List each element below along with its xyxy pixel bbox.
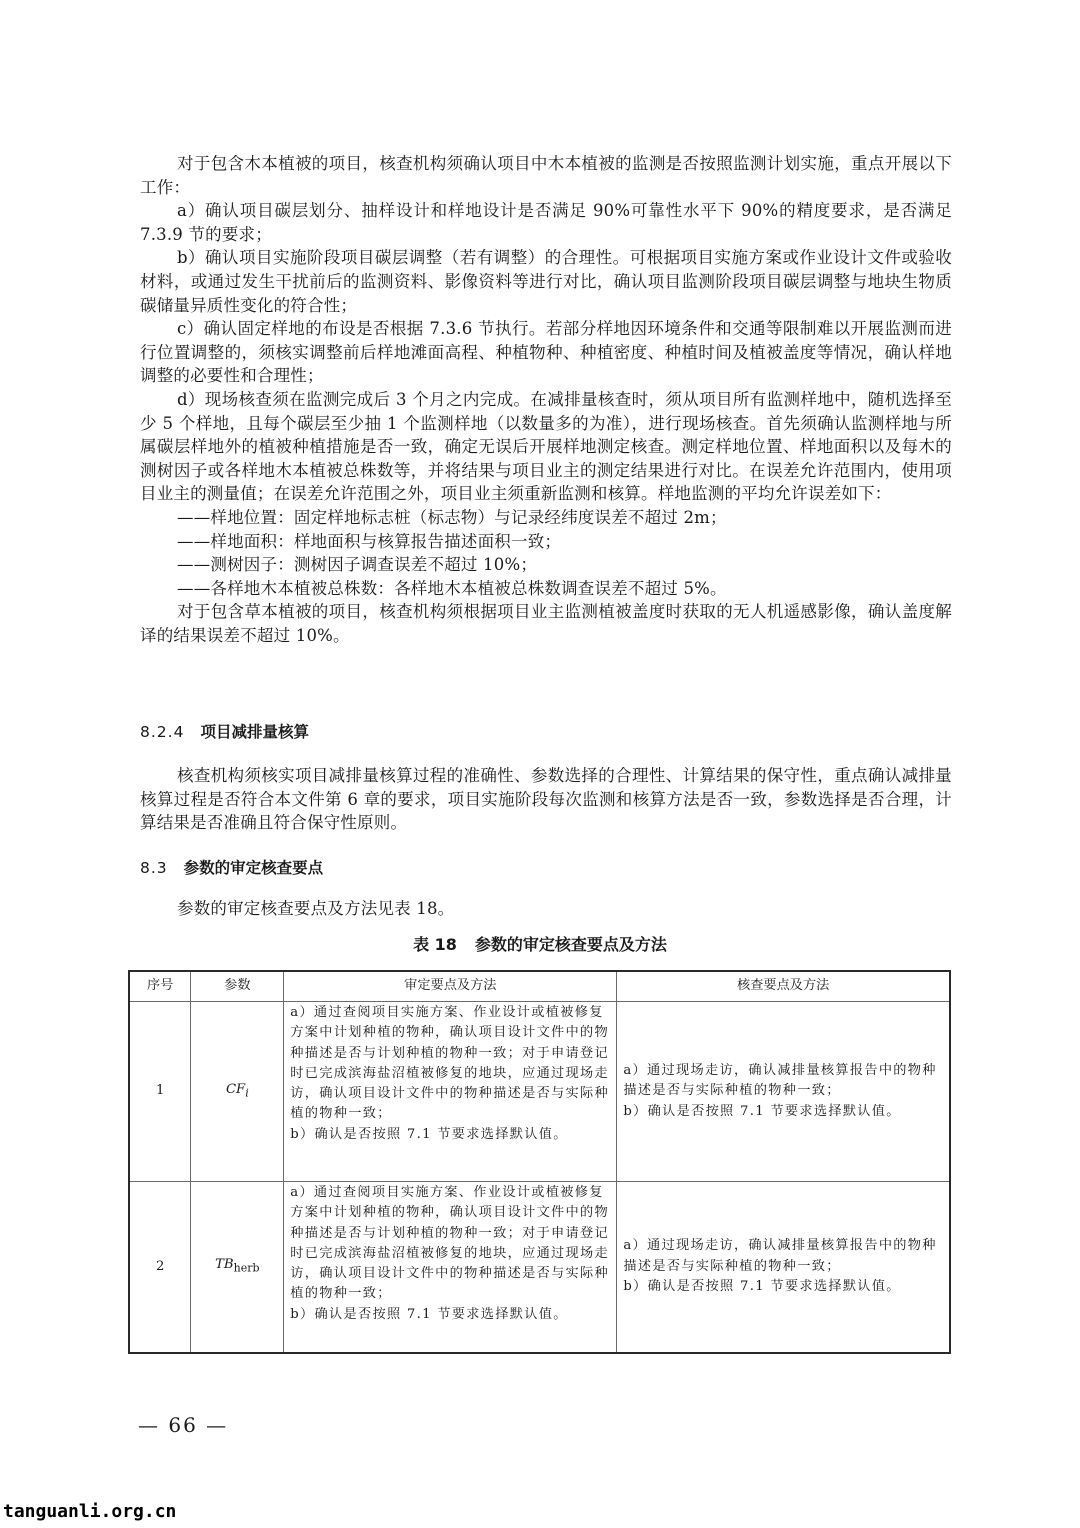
paragraph: 对于包含草本植被的项目，核查机构须根据项目业主监测植被盖度时获取的无人机遥感影像… bbox=[140, 600, 952, 647]
list-item: ——各样地木本植被总株数：各样地木本植被总株数调查误差不超过 5%。 bbox=[140, 577, 952, 601]
section-number: 8.2.4 bbox=[140, 723, 184, 741]
list-item: ——测树因子：测树因子调查误差不超过 10%； bbox=[140, 553, 952, 577]
table-caption: 表 18参数的审定核查要点及方法 bbox=[0, 932, 1080, 955]
section-8-2-4-body: 核查机构须核实项目减排量核算过程的准确性、参数选择的合理性、计算结果的保守性，重… bbox=[140, 764, 952, 835]
header-parameter: 参数 bbox=[191, 971, 284, 1002]
paragraph: 对于包含木本植被的项目，核查机构须确认项目中木本植被的监测是否按照监测计划实施，… bbox=[140, 152, 952, 199]
watermark: tanguanli.org.cn bbox=[3, 1501, 176, 1522]
cell-validation: a）通过查阅项目实施方案、作业设计或植被修复方案中计划种植的物种，确认项目设计文… bbox=[284, 1002, 617, 1182]
header-verification: 核查要点及方法 bbox=[617, 971, 950, 1002]
section-title: 参数的审定核查要点 bbox=[184, 859, 324, 877]
page-number: — 66 — bbox=[138, 1413, 228, 1437]
parameter-symbol: CFi bbox=[226, 1082, 249, 1097]
paragraph: a）确认项目碳层划分、抽样设计和样地设计是否满足 90%可靠性水平下 90%的精… bbox=[140, 199, 952, 246]
section-heading-8-3: 8.3参数的审定核查要点 bbox=[140, 856, 323, 878]
parameters-table: 序号 参数 审定要点及方法 核查要点及方法 1 CFi a）通过查阅项目实施方案… bbox=[128, 970, 951, 1354]
table-header-row: 序号 参数 审定要点及方法 核查要点及方法 bbox=[129, 971, 950, 1002]
table-title: 参数的审定核查要点及方法 bbox=[475, 935, 667, 954]
section-number: 8.3 bbox=[140, 859, 168, 877]
document-page: 对于包含木本植被的项目，核查机构须确认项目中木本植被的监测是否按照监测计划实施，… bbox=[0, 0, 1080, 1528]
table-row: 2 TBherb a）通过查阅项目实施方案、作业设计或植被修复方案中计划种植的物… bbox=[129, 1182, 950, 1353]
paragraph: b）确认项目实施阶段项目碳层调整（若有调整）的合理性。可根据项目实施方案或作业设… bbox=[140, 246, 952, 317]
paragraph: 核查机构须核实项目减排量核算过程的准确性、参数选择的合理性、计算结果的保守性，重… bbox=[140, 764, 952, 835]
table-row: 1 CFi a）通过查阅项目实施方案、作业设计或植被修复方案中计划种植的物种，确… bbox=[129, 1002, 950, 1182]
paragraph: 参数的审定核查要点及方法见表 18。 bbox=[140, 897, 952, 921]
list-item: ——样地面积：样地面积与核算报告描述面积一致； bbox=[140, 530, 952, 554]
header-index: 序号 bbox=[129, 971, 191, 1002]
cell-index: 1 bbox=[129, 1002, 191, 1182]
cell-validation: a）通过查阅项目实施方案、作业设计或植被修复方案中计划种植的物种，确认项目设计文… bbox=[284, 1182, 617, 1353]
cell-index: 2 bbox=[129, 1182, 191, 1353]
section-heading-8-2-4: 8.2.4项目减排量核算 bbox=[140, 720, 309, 742]
cell-verification: a）通过现场走访，确认减排量核算报告中的物种描述是否与实际种植的物种一致； b）… bbox=[617, 1002, 950, 1182]
paragraph: c）确认固定样地的布设是否根据 7.3.6 节执行。若部分样地因环境条件和交通等… bbox=[140, 317, 952, 388]
section-body-text: 对于包含木本植被的项目，核查机构须确认项目中木本植被的监测是否按照监测计划实施，… bbox=[140, 152, 952, 647]
header-validation: 审定要点及方法 bbox=[284, 971, 617, 1002]
cell-parameter: CFi bbox=[191, 1002, 284, 1182]
cell-parameter: TBherb bbox=[191, 1182, 284, 1353]
cell-verification: a）通过现场走访，确认减排量核算报告中的物种描述是否与实际种植的物种一致； b）… bbox=[617, 1182, 950, 1353]
section-title: 项目减排量核算 bbox=[200, 723, 309, 741]
list-item: ——样地位置：固定样地标志桩（标志物）与记录经纬度误差不超过 2m； bbox=[140, 506, 952, 530]
parameter-symbol: TBherb bbox=[215, 1257, 259, 1272]
paragraph: d）现场核查须在监测完成后 3 个月之内完成。在减排量核查时，须从项目所有监测样… bbox=[140, 388, 952, 506]
table-number: 表 18 bbox=[413, 935, 457, 954]
section-8-3-body: 参数的审定核查要点及方法见表 18。 bbox=[140, 897, 952, 921]
